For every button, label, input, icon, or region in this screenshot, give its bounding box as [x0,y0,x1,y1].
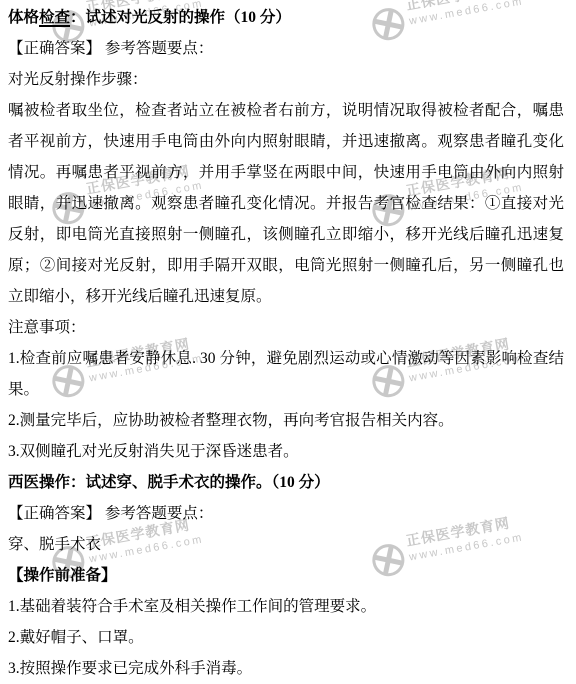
paragraph-gown-title: 穿、脱手术衣 [8,529,564,560]
paragraph-procedure-steps: 嘱被检者取坐位，检查者站立在被检者右前方，说明情况取得被检者配合，嘱患者平视前方… [8,95,564,312]
correct-answer-label: 【正确答案】 参考答题要点： [8,33,564,64]
paragraph-procedure-title: 对光反射操作步骤： [8,64,564,95]
paragraph-prep-3: 3.按照操作要求已完成外科手消毒。 [8,653,564,684]
heading-prefix: 体格 [8,9,39,26]
document-body: 体格检查：试述对光反射的操作（10 分） 【正确答案】 参考答题要点： 对光反射… [0,0,576,684]
paragraph-note-1: 1.检查前应嘱患者安静休息. 30 分钟，避免剧烈运动或心情激动等因素影响检查结… [8,343,564,405]
document-page: 正保医学教育网 www.med66.com 正保医学教育网 www.med66.… [0,0,576,684]
correct-answer-label: 【正确答案】 参考答题要点： [8,498,564,529]
section-heading-preparation: 【操作前准备】 [8,560,564,591]
paragraph-prep-1: 1.基础着装符合手术室及相关操作工作间的管理要求。 [8,591,564,622]
section-heading-western-medicine: 西医操作：试述穿、脱手术衣的操作。（10 分） [8,467,564,498]
paragraph-note-2: 2.测量完毕后，应协助被检者整理衣物，再向考官报告相关内容。 [8,405,564,436]
paragraph-prep-2: 2.戴好帽子、口罩。 [8,622,564,653]
paragraph-note-3: 3.双侧瞳孔对光反射消失见于深昏迷患者。 [8,436,564,467]
heading-underlined-text: 检查 [39,9,70,26]
section-heading-physical-exam: 体格检查：试述对光反射的操作（10 分） [8,2,564,33]
paragraph-notes-title: 注意事项： [8,312,564,343]
heading-suffix: ：试述对光反射的操作（10 分） [70,9,291,26]
